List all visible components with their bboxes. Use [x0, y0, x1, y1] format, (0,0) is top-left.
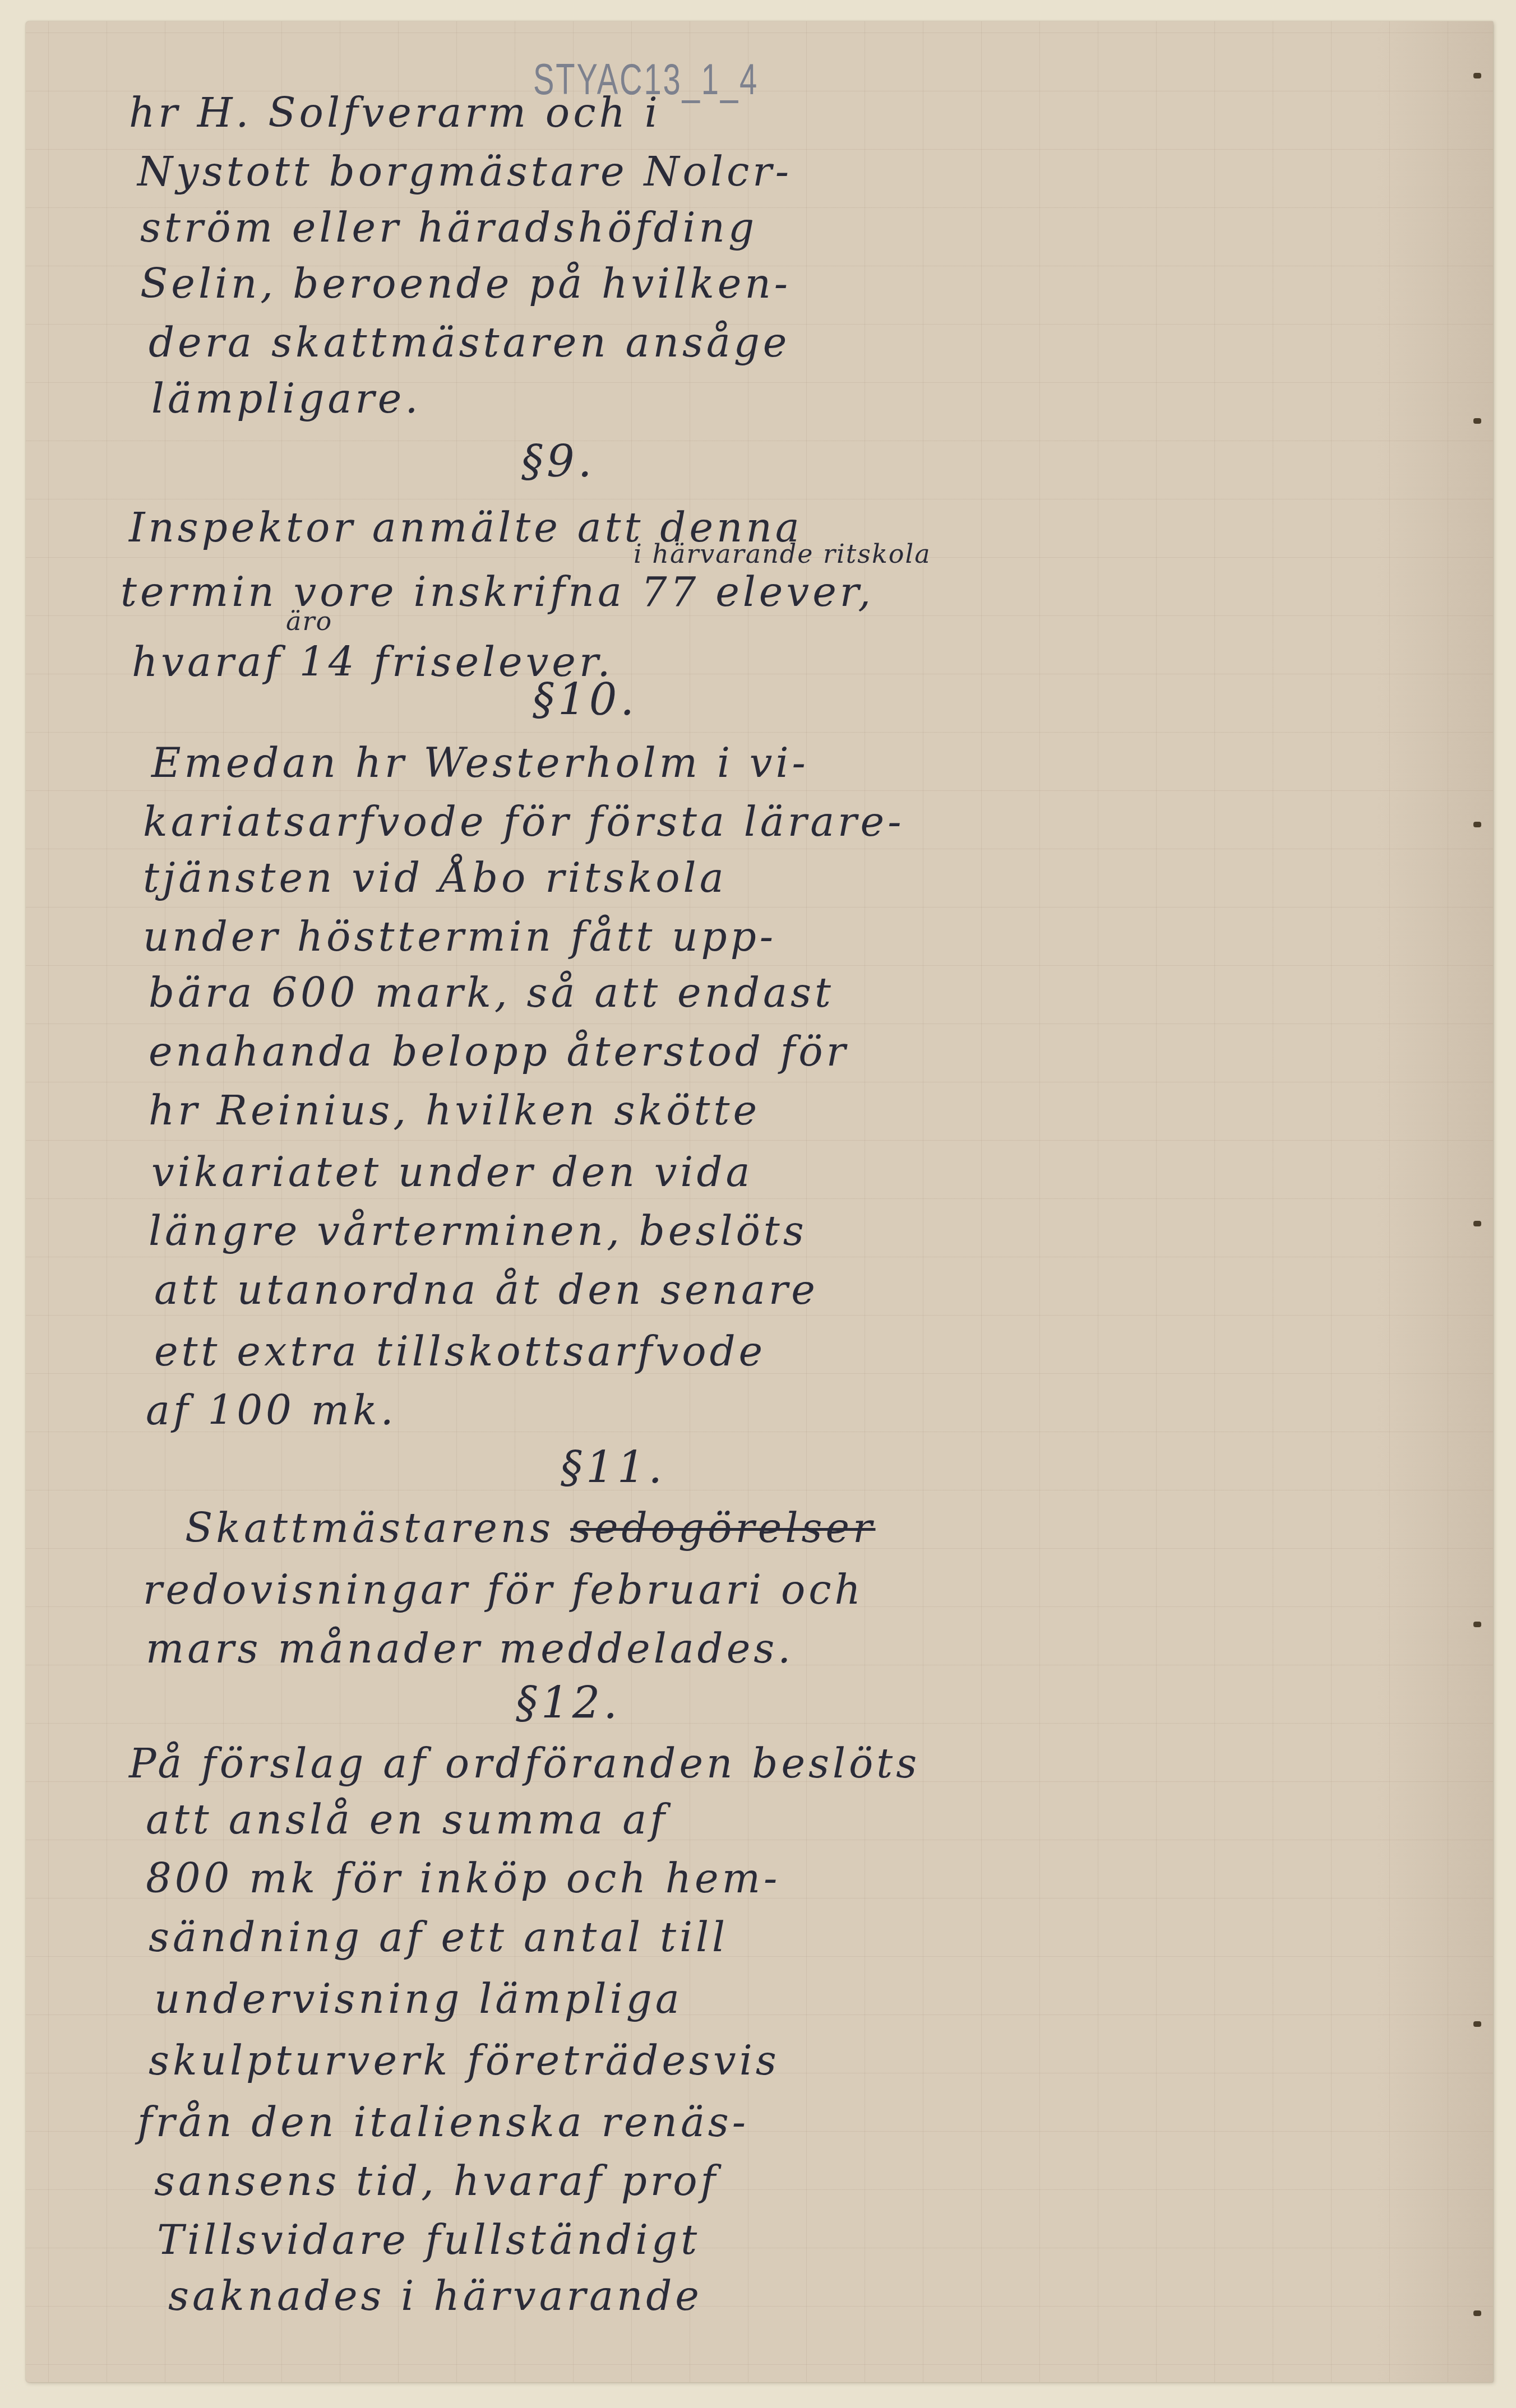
text-line: dera skattmästaren ansåge [149, 322, 790, 363]
text-line: att anslå en summa af [146, 1799, 668, 1840]
binding-hole [1473, 1221, 1481, 1226]
binding-hole [1473, 73, 1481, 78]
text-line: mars månader meddelades. [146, 1628, 794, 1669]
struck-word: sedogörelser [570, 1504, 875, 1552]
text-line: hr H. Solfverarm och i [129, 92, 661, 133]
text-line: redovisningar för februari och [143, 1569, 864, 1610]
text-line: sansens tid, hvaraf prof [154, 2161, 719, 2201]
binding-hole [1473, 2021, 1481, 2027]
section-heading-9: §9. [521, 440, 595, 484]
text-line: ett extra tillskottsarfvode [154, 1331, 766, 1372]
section-heading-11: §11. [561, 1446, 665, 1490]
text-line: sändning af ett antal till [149, 1917, 728, 1957]
binding-hole [1473, 2310, 1481, 2316]
text-line: undervisning lämpliga [154, 1979, 683, 2019]
text-line: från den italienska renäs- [137, 2102, 749, 2142]
text-line: under hösttermin fått upp- [143, 916, 777, 957]
text-line: Emedan hr Westerholm i vi- [151, 743, 809, 783]
text-line: saknades i härvarande [168, 2276, 702, 2316]
text-line: termin vore inskrifna 77 elever, [121, 572, 874, 612]
text-line: af 100 mk. [146, 1390, 397, 1430]
text-line: Selin, beroende på hvilken- [140, 263, 791, 304]
binding-hole [1473, 822, 1481, 827]
text-line: bära 600 mark, så att endast [149, 973, 834, 1013]
text-line: längre vårterminen, beslöts [149, 1211, 807, 1251]
text-line: 800 mk för inköp och hem- [146, 1858, 780, 1898]
manuscript-page: STYAC13_1_4 hr H. Solfverarm och i Nysto… [26, 21, 1493, 2382]
text-line: tjänsten vid Åbo ritskola [143, 858, 727, 898]
text-line: Tillsvidare fullständigt [157, 2220, 700, 2260]
text-line: hr Reinius, hvilken skötte [149, 1090, 760, 1131]
text-line: Nystott borgmästare Nolcr- [137, 151, 792, 192]
binding-hole [1473, 1622, 1481, 1627]
text-line: Skattmästarens sedogörelser [185, 1508, 875, 1548]
text-line: ström eller häradshöfding [140, 207, 757, 248]
text-line: vikariatet under den vida [151, 1152, 753, 1192]
text-fragment: Skattmästarens [185, 1504, 570, 1552]
binding-hole [1473, 418, 1481, 424]
section-heading-10: §10. [533, 678, 637, 722]
text-line: enahanda belopp återstod för [149, 1031, 849, 1072]
section-heading-12: §12. [516, 1682, 621, 1725]
text-line: kariatsarfvode för första lärare- [143, 802, 904, 842]
text-line: lämpligare. [151, 378, 421, 419]
text-line: På förslag af ordföranden beslöts [129, 1743, 920, 1784]
insertion-text: i härvarande ritskola [634, 541, 931, 567]
text-line: skulpturverk företrädesvis [149, 2040, 780, 2081]
insertion-text: äro [286, 608, 332, 634]
text-line: att utanordna åt den senare [154, 1270, 819, 1310]
